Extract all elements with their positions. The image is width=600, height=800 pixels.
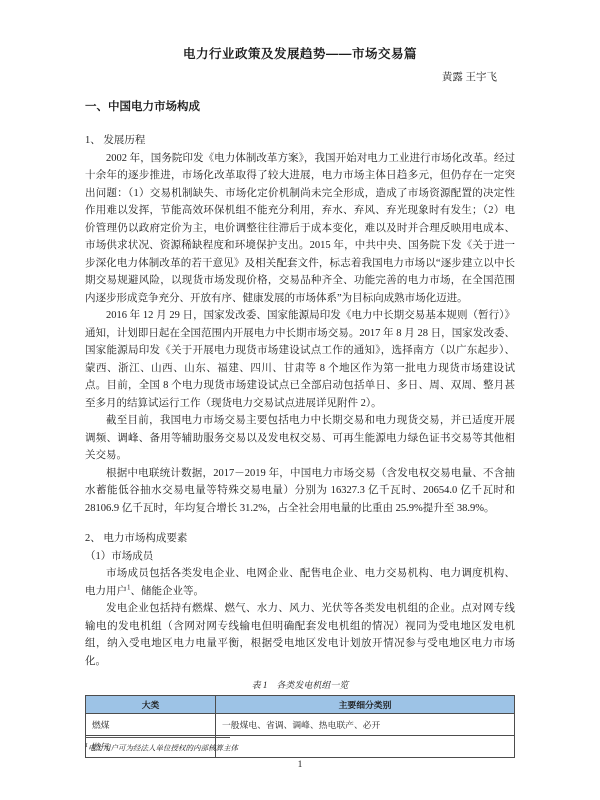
paragraph-market-members: 市场成员包括各类发电企业、电网企业、配售电企业、电力交易机构、电力调度机构、电力… — [85, 565, 515, 600]
cell-subtypes: 一般煤电、省调、调峰、热电联产、必开 — [216, 714, 515, 736]
document-title: 电力行业政策及发展趋势——市场交易篇 — [85, 46, 515, 63]
footnote-body: 电力用户可为经法人单位授权的内部核算主体 — [88, 744, 238, 753]
paragraph-history-4: 根据中电联统计数据，2017－2019 年，中国电力市场交易（含发电权交易电量、… — [85, 465, 515, 518]
paragraph-history-3: 截至目前，我国电力市场交易主要包括电力中长期交易和电力现货交易，并已适度开展调频… — [85, 412, 515, 465]
paragraph-history-2: 2016 年 12 月 29 日，国家发改委、国家能源局印发《电力中长期交易基本… — [85, 307, 515, 412]
page-number: 1 — [0, 758, 600, 772]
item-heading-market-members: （1）市场成员 — [85, 548, 515, 566]
footnote-area: 1电力用户可为经法人单位授权的内部核算主体 — [85, 737, 515, 754]
paragraph-text: 、储能企业等。 — [131, 586, 205, 597]
paragraph-generators: 发电企业包括持有燃煤、燃气、水力、风力、光伏等各类发电机组的企业。点对网专线输电… — [85, 600, 515, 670]
paragraph-history-1: 2002 年，国务院印发《电力体制改革方案》，我国开始对电力工业进行市场化改革。… — [85, 150, 515, 308]
authors-line: 黄露 王宇飞 — [85, 69, 515, 87]
table-caption: 表 1 各类发电机组一览 — [85, 678, 515, 692]
footnote-separator — [85, 737, 230, 738]
section-heading: 一、中国电力市场构成 — [85, 99, 515, 117]
document-page: 电力行业政策及发展趋势——市场交易篇 黄露 王宇飞 一、中国电力市场构成 1、 … — [0, 0, 600, 800]
table-header-subtypes: 主要细分类别 — [216, 696, 515, 714]
table-header-row: 大类 主要细分类别 — [86, 696, 515, 714]
subsection-heading-development: 1、 发展历程 — [85, 132, 515, 150]
table-row: 燃煤 一般煤电、省调、调峰、热电联产、必开 — [86, 714, 515, 736]
table-header-category: 大类 — [86, 696, 216, 714]
subsection-heading-elements: 2、 电力市场构成要素 — [85, 530, 515, 548]
cell-category: 燃煤 — [86, 714, 216, 736]
footnote-text: 1电力用户可为经法人单位授权的内部核算主体 — [85, 741, 515, 754]
document-body: 电力行业政策及发展趋势——市场交易篇 黄露 王宇飞 一、中国电力市场构成 1、 … — [85, 0, 515, 758]
